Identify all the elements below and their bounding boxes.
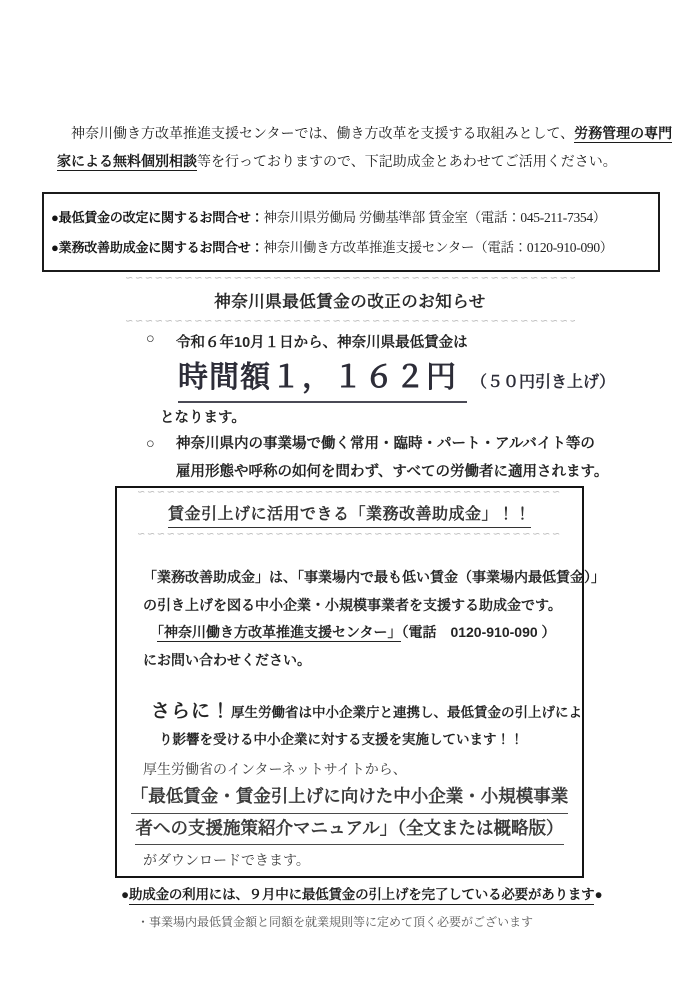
subsidy-desc-line-4: にお問い合わせください。 [143,647,576,675]
manual-title-line-1: 「最低賃金・賃金引上げに向けた中小企業・小規模事業 [117,782,582,814]
contact-value: 神奈川県労働局 労働基準部 賃金室（電話：045-211-7354） [263,210,606,225]
subsidy-desc-line-3: 「神奈川働き方改革推進支援センター」（電話 0120-910-090 ） [143,619,576,647]
wage-amount: 時間額１，１６２円 [178,352,467,403]
circle-bullet-icon: ○ [146,331,176,352]
squiggle-divider: ∽∽∽∽∽∽∽∽∽∽∽∽∽∽∽∽∽∽∽∽∽∽∽∽∽∽∽∽∽∽∽∽∽∽∽∽∽∽∽∽… [125,317,575,327]
wage-increase-note: （５０円引き上げ） [471,374,615,391]
additional-support-note: さらに！厚生労働省は中小企業庁と連携し、最低賃金の引上げによ り影響を受ける中小… [151,698,576,753]
intro-paragraph: 神奈川働き方改革推進支援センターでは、働き方改革を支援する取組みとして、労務管理… [57,120,657,176]
squiggle-divider: ∽∽∽∽∽∽∽∽∽∽∽∽∽∽∽∽∽∽∽∽∽∽∽∽∽∽∽∽∽∽∽∽∽∽∽∽∽∽∽∽… [137,488,562,498]
subsidy-desc-line-1: 「業務改善助成金」は、「事業場内で最も低い賃金（事業場内最低賃金）」 [143,564,576,592]
subsidy-info-box: ∽∽∽∽∽∽∽∽∽∽∽∽∽∽∽∽∽∽∽∽∽∽∽∽∽∽∽∽∽∽∽∽∽∽∽∽∽∽∽∽… [115,486,584,878]
work-rules-footnote: ・事業場内最低賃金額と同額を就業規則等に定めて頂く必要がございます [137,913,582,930]
black-circle-icon: ● [594,887,602,902]
intro-emphasis-1: 労務管理の専門 [574,125,672,143]
subsidy-heading-wrap: 賃金引上げに活用できる「業務改善助成金」！！ [117,501,582,528]
contact-info-box: ●最低賃金の改定に関するお問合せ：神奈川県労働局 労働基準部 賃金室（電話：04… [42,192,660,272]
deadline-warning-text: 助成金の利用には、９月中に最低賃金の引上げを完了している必要があります [129,887,595,905]
squiggle-divider: ∽∽∽∽∽∽∽∽∽∽∽∽∽∽∽∽∽∽∽∽∽∽∽∽∽∽∽∽∽∽∽∽∽∽∽∽∽∽∽∽… [137,530,562,540]
contact-label: ●最低賃金の改定に関するお問合せ： [51,210,263,225]
contact-row-subsidy: ●業務改善助成金に関するお問合せ：神奈川働き方改革推進支援センター（電話：012… [51,233,651,263]
circle-bullet-icon: ○ [146,430,176,486]
subsidy-heading: 賃金引上げに活用できる「業務改善助成金」！！ [168,501,531,528]
deadline-warning: ●助成金の利用には、９月中に最低賃金の引上げを完了している必要があります● [121,883,582,903]
notice-point-1-text: 令和６年10月１日から、神奈川県最低賃金は [176,331,468,352]
mhlw-site-line: 厚生労働省のインターネットサイトから、 [143,759,576,779]
manual-title-line-2: 者への支援施策紹介マニュアル」（全文または概略版） [117,814,582,846]
notice-point-2-text: 神奈川県内の事業場で働く常用・臨時・パート・アルバイト等の雇用形態や呼称の如何を… [176,430,608,486]
contact-value: 神奈川働き方改革推進支援センター（電話：0120-910-090） [263,240,613,255]
contact-label: ●業務改善助成金に関するお問合せ： [51,240,263,255]
intro-line-2: 家による無料個別相談等を行っておりますので、下記助成金とあわせてご活用ください。 [57,148,657,176]
subsidy-desc-line-2: の引き上げを図る中小企業・小規模事業者を支援する助成金です。 [143,592,576,620]
notice-point-2: ○ 神奈川県内の事業場で働く常用・臨時・パート・アルバイト等の雇用形態や呼称の如… [146,430,608,486]
document-page: 神奈川働き方改革推進支援センターでは、働き方改革を支援する取組みとして、労務管理… [0,0,700,990]
additional-support-line-1: さらに！厚生労働省は中小企業庁と連携し、最低賃金の引上げによ [151,698,576,726]
manual-title: 「最低賃金・賃金引上げに向けた中小企業・小規模事業 者への支援施策紹介マニュアル… [117,782,582,845]
squiggle-divider: ∽∽∽∽∽∽∽∽∽∽∽∽∽∽∽∽∽∽∽∽∽∽∽∽∽∽∽∽∽∽∽∽∽∽∽∽∽∽∽∽… [125,274,575,284]
intro-emphasis-2: 家による無料個別相談 [57,153,197,171]
contact-row-minimum-wage: ●最低賃金の改定に関するお問合せ：神奈川県労働局 労働基準部 賃金室（電話：04… [51,203,651,233]
wage-follow-text: となります。 [160,406,246,427]
intro-line-1: 神奈川働き方改革推進支援センターでは、働き方改革を支援する取組みとして、労務管理… [57,120,657,148]
support-center-phone: （電話 0120-910-090 ） [401,624,555,640]
notice-point-2-line-1: 神奈川県内の事業場で働く常用・臨時・パート・アルバイト等の [176,436,595,452]
notice-header: ∽∽∽∽∽∽∽∽∽∽∽∽∽∽∽∽∽∽∽∽∽∽∽∽∽∽∽∽∽∽∽∽∽∽∽∽∽∽∽∽… [0,274,700,327]
wage-amount-line: 時間額１，１６２円（５０円引き上げ） [178,352,615,403]
notice-point-1: ○ 令和６年10月１日から、神奈川県最低賃金は [146,331,468,352]
additional-support-text-1: 厚生労働省は中小企業庁と連携し、最低賃金の引上げによ [231,705,582,720]
support-center-name: 「神奈川働き方改革推進支援センター」 [157,624,401,642]
download-note: がダウンロードできます。 [143,850,576,870]
notice-point-2-line-2: 雇用形態や呼称の如何を問わず、すべての労働者に適用されます。 [176,464,608,480]
manual-title-text-2: 者への支援施策紹介マニュアル」（全文または概略版） [135,814,563,846]
manual-title-text-1: 「最低賃金・賃金引上げに向けた中小企業・小規模事業 [131,782,569,814]
notice-title: 神奈川県最低賃金の改正のお知らせ [0,288,700,312]
intro-text-2: 等を行っておりますので、下記助成金とあわせてご活用ください。 [197,155,617,170]
black-circle-icon: ● [121,887,129,902]
subsidy-description: 「業務改善助成金」は、「事業場内で最も低い賃金（事業場内最低賃金）」 の引き上げ… [143,564,576,674]
intro-text: 神奈川働き方改革推進支援センターでは、働き方改革を支援する取組みとして、 [57,127,574,142]
additional-support-line-2: り影響を受ける中小企業に対する支援を実施しています！！ [159,726,576,753]
furthermore-lead: さらに！ [151,701,231,722]
indent [143,624,157,640]
